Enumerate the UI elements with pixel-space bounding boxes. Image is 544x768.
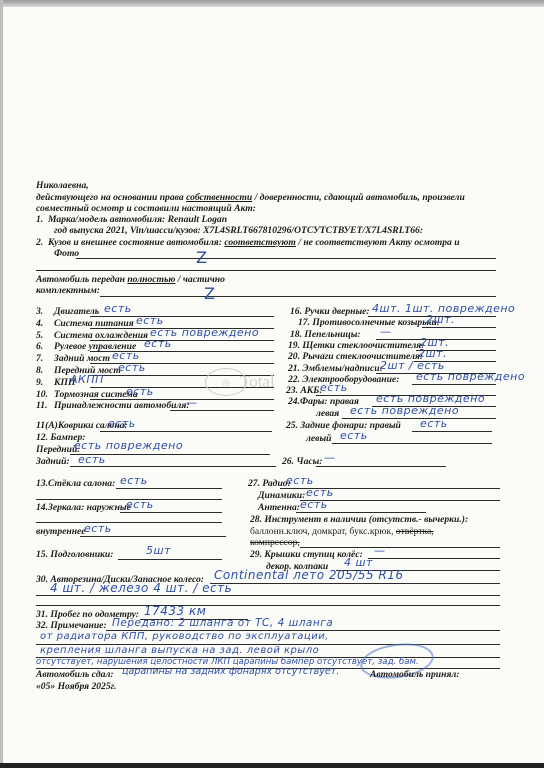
- rear-bumper-value: есть: [78, 454, 106, 466]
- mirrors-label: 14.Зеркала: наружные: [36, 502, 131, 513]
- intro-line-1: действующего на основании права собствен…: [36, 192, 465, 203]
- tools-list: баллонн.ключ, домкрат, букс.крюк, отвёрт…: [250, 526, 434, 537]
- right-item-value: есть повреждено: [416, 371, 525, 383]
- hubcaps-line: [368, 558, 500, 559]
- rear-lights-right-value: есть: [420, 418, 448, 430]
- right-item-line: [422, 327, 496, 328]
- speakers-label: Динамики:: [258, 490, 305, 501]
- left-item-value: есть: [104, 303, 132, 315]
- tools-label: 28. Инструмент в наличии (отсутств.- выч…: [250, 514, 468, 525]
- tires-line-2: [36, 595, 500, 596]
- accepted-label: Автомобиль принял:: [370, 669, 460, 680]
- left-item-value: есть: [144, 338, 172, 350]
- antenna-label: Антенна:: [258, 502, 300, 513]
- right-item-value: —: [380, 326, 392, 338]
- rear-bumper-line: [70, 466, 276, 467]
- mirrors-line: [120, 512, 222, 513]
- tools-line: [300, 547, 500, 548]
- tires-value-2: 4 шт. / железо 4 шт. / есть: [50, 582, 232, 594]
- intro-line-2: совместный осмотр и составили настоящий …: [36, 203, 256, 214]
- notes-line-2: от радиатора КПП, руководство по эксплуа…: [40, 631, 329, 643]
- speakers-line: [300, 500, 500, 501]
- rear-lights-right-line: [412, 431, 492, 432]
- mats-value: есть: [108, 418, 136, 430]
- headrests-line: [118, 559, 222, 560]
- left-item-line: [170, 410, 274, 411]
- right-item-line: [342, 418, 496, 419]
- tools-compressor: компрессор,: [250, 537, 300, 548]
- handover-line: Автомобиль передан полностью / частично: [36, 274, 225, 285]
- left-item-value: есть: [118, 362, 146, 374]
- right-item-value: есть: [320, 382, 348, 394]
- rear-lights-left-label: левый: [306, 433, 331, 444]
- date: «05» Ноября 2025г.: [36, 681, 116, 692]
- complete-line: [100, 296, 496, 297]
- right-item-label: 24.Фары: правая: [288, 396, 359, 407]
- right-item-value: 2шт.: [426, 314, 455, 326]
- inner-mirror-label: внутреннее: [36, 526, 86, 537]
- rear-bumper-label: Задний:: [36, 456, 70, 467]
- rear-lights-left-value: есть: [340, 430, 368, 442]
- headrests-label: 15. Подголовники:: [36, 549, 113, 560]
- right-item-label: 21. Эмблемы/надписи:: [288, 363, 383, 374]
- clock-line: [316, 466, 446, 467]
- antenna-value: есть: [300, 499, 328, 511]
- z-cross-mark-2: Z: [204, 284, 215, 303]
- handed-over-label: Автомобиль сдал:: [36, 669, 114, 680]
- item-1: 1. Марка/модель автомобиля: Renault Loga…: [36, 214, 227, 225]
- vin-line: год выпуска 2021, Vin/шасси/кузов: X7L4S…: [54, 225, 423, 236]
- clock-value: —: [324, 452, 336, 464]
- left-item-value: —: [186, 397, 198, 409]
- right-item-label: 16. Ручки дверные:: [290, 306, 370, 317]
- odometer-value: 17433 км: [144, 605, 206, 617]
- inner-mirror-value: есть: [84, 523, 112, 535]
- right-item-label: левая: [316, 408, 339, 419]
- z-cross-mark: Z: [196, 248, 207, 267]
- complete-label: комплектным:: [36, 285, 100, 296]
- right-item-label: 17. Противосолнечные козырьки:: [298, 317, 440, 328]
- hubcaps-value: —: [374, 545, 386, 557]
- left-item-label: 11.Принадлежности автомобиля:: [36, 400, 190, 411]
- glass-value: есть: [120, 475, 148, 487]
- photo-line-2: [36, 270, 496, 271]
- notes-label: 32. Примечание:: [36, 620, 107, 631]
- notes-line-1: Передано: 2 шланга от ТС, 4 шланга: [112, 617, 333, 629]
- tires-line-3: [36, 605, 500, 606]
- owner-name-tail: Николаевна,: [36, 180, 89, 191]
- glass-line: [116, 488, 222, 489]
- front-bumper-value: есть повреждено: [74, 440, 183, 452]
- mirrors-value: есть: [126, 499, 154, 511]
- right-item-label: 18. Пепельницы:: [290, 329, 361, 340]
- mirrors-line-2: [36, 522, 222, 523]
- rear-lights-left-line: [332, 443, 492, 444]
- tires-line: [210, 583, 500, 584]
- mats-line: [100, 431, 272, 432]
- inner-mirror-line: [80, 536, 226, 537]
- tires-value-1: Continental лето 205/55 R16: [214, 569, 404, 581]
- headrests-value: 5шт: [146, 545, 171, 557]
- left-item-value: есть: [136, 315, 164, 327]
- scan-left-edge: [0, 0, 3, 768]
- right-item-label: 19. Щетки стеклоочистителя:: [288, 340, 424, 351]
- antenna-line: [296, 512, 426, 513]
- notes-extra: царапины на задних фонарях отсутствует.: [122, 666, 339, 678]
- left-item-value: АКПП: [70, 374, 104, 386]
- right-item-line: [412, 384, 496, 385]
- photo-line: [76, 258, 496, 259]
- item-2: 2. Кузов и внешнее состояние автомобиля:…: [36, 237, 460, 248]
- watermark-text: Total: [240, 372, 275, 392]
- right-item-value: есть повреждено: [350, 405, 459, 417]
- scan-bottom-edge: [0, 763, 544, 768]
- left-item-value: есть: [126, 386, 154, 398]
- scan-top-edge: [0, 0, 544, 7]
- glass-label: 13.Стёкла салона:: [36, 478, 115, 489]
